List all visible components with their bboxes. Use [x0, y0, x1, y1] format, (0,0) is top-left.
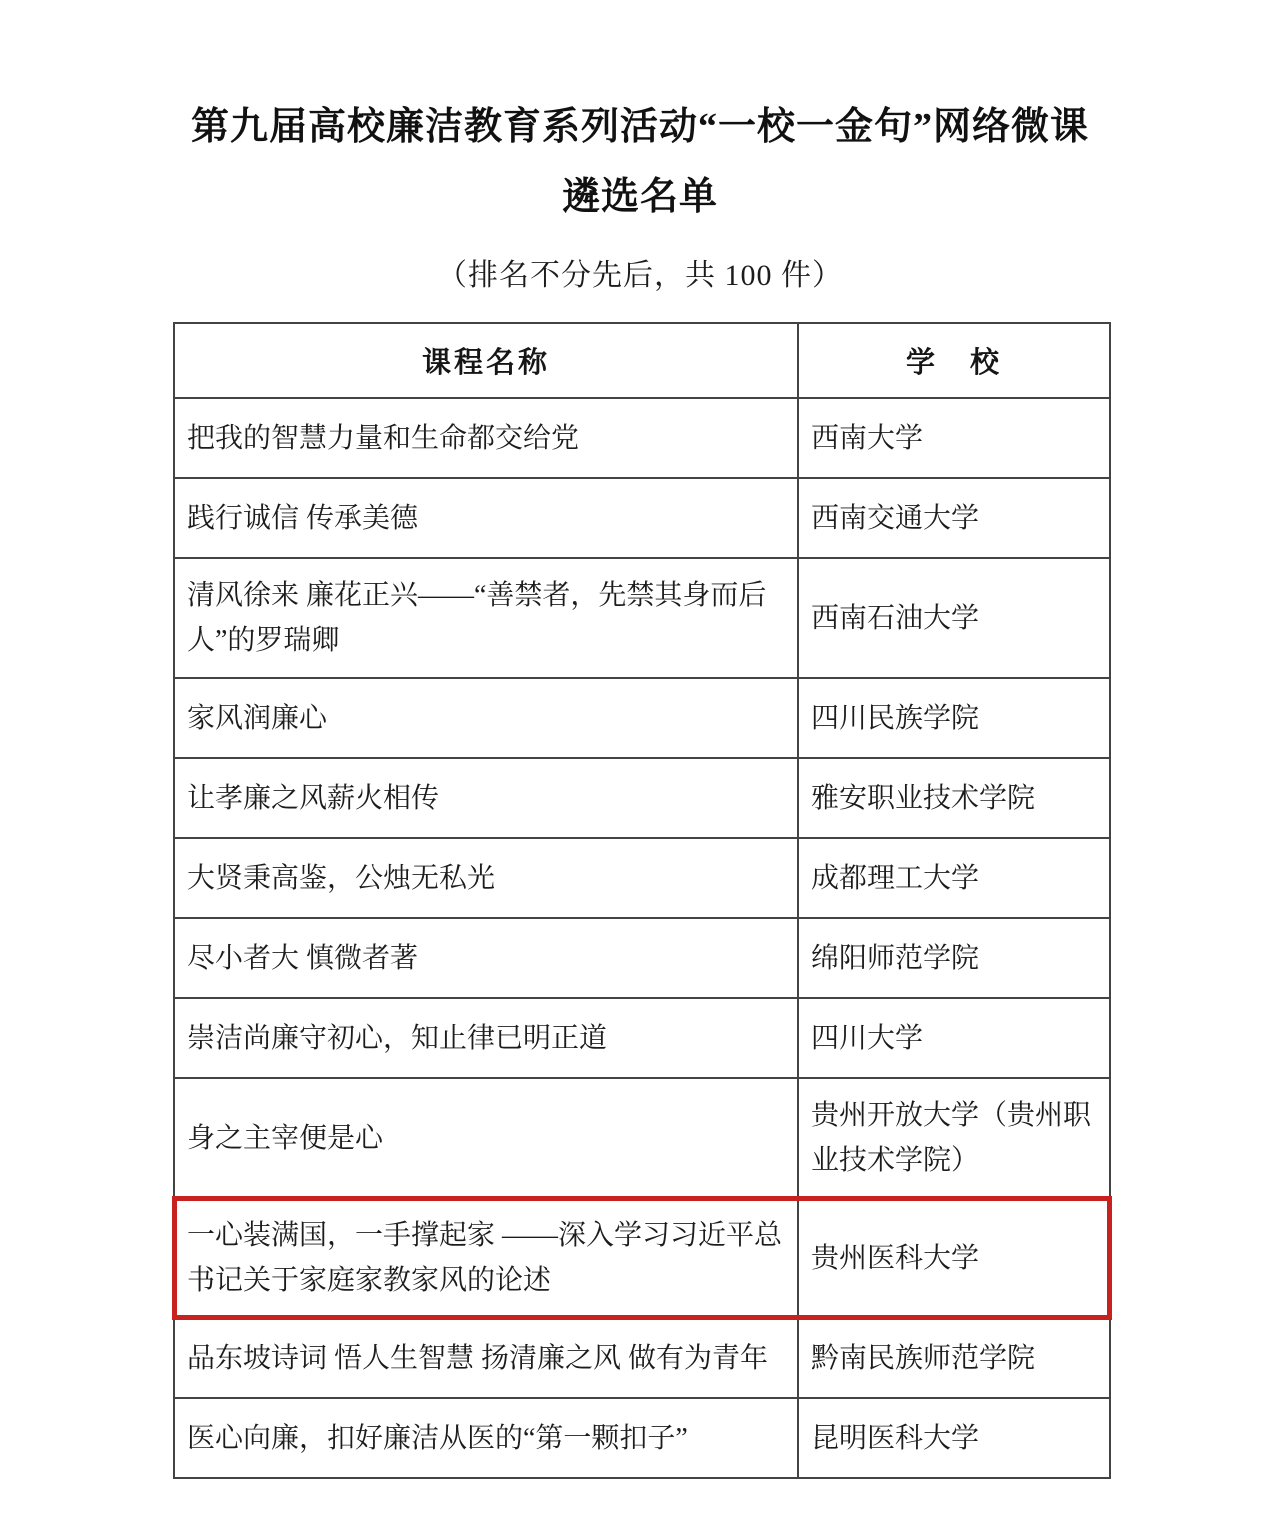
school-cell: 西南交通大学	[798, 478, 1110, 558]
document-subtitle: （排名不分先后，共 100 件）	[0, 258, 1280, 294]
table-row: 让孝廉之风薪火相传 雅安职业技术学院	[174, 758, 1110, 838]
table-row-highlighted: 一心装满国，一手撑起家 ——深入学习习近平总书记关于家庭家教家风的论述 贵州医科…	[174, 1198, 1110, 1318]
school-cell: 四川民族学院	[798, 678, 1110, 758]
course-cell: 身之主宰便是心	[174, 1078, 798, 1198]
title-line-2: 遴选名单	[70, 162, 1210, 232]
school-cell: 贵州医科大学	[798, 1198, 1110, 1318]
school-cell: 贵州开放大学（贵州职业技术学院）	[798, 1078, 1110, 1198]
table-row: 大贤秉高鉴，公烛无私光 成都理工大学	[174, 838, 1110, 918]
table-row: 家风润廉心 四川民族学院	[174, 678, 1110, 758]
course-cell: 品东坡诗词 悟人生智慧 扬清廉之风 做有为青年	[174, 1318, 798, 1398]
school-cell: 昆明医科大学	[798, 1398, 1110, 1478]
course-cell: 尽小者大 慎微者著	[174, 918, 798, 998]
course-cell: 践行诚信 传承美德	[174, 478, 798, 558]
school-cell: 绵阳师范学院	[798, 918, 1110, 998]
title-line-1: 第九届高校廉洁教育系列活动“一校一金句”网络微课	[70, 92, 1210, 162]
course-cell: 清风徐来 廉花正兴——“善禁者，先禁其身而后人”的罗瑞卿	[174, 558, 798, 678]
school-header: 学 校	[798, 323, 1110, 398]
school-cell: 西南大学	[798, 398, 1110, 478]
course-name-header: 课程名称	[174, 323, 798, 398]
table-row: 践行诚信 传承美德 西南交通大学	[174, 478, 1110, 558]
course-cell: 一心装满国，一手撑起家 ——深入学习习近平总书记关于家庭家教家风的论述	[174, 1198, 798, 1318]
table-row: 崇洁尚廉守初心，知止律已明正道 四川大学	[174, 998, 1110, 1078]
table-row: 把我的智慧力量和生命都交给党 西南大学	[174, 398, 1110, 478]
table-row: 清风徐来 廉花正兴——“善禁者，先禁其身而后人”的罗瑞卿 西南石油大学	[174, 558, 1110, 678]
table-row: 尽小者大 慎微者著 绵阳师范学院	[174, 918, 1110, 998]
table-row: 品东坡诗词 悟人生智慧 扬清廉之风 做有为青年 黔南民族师范学院	[174, 1318, 1110, 1398]
school-cell: 雅安职业技术学院	[798, 758, 1110, 838]
course-cell: 大贤秉高鉴，公烛无私光	[174, 838, 798, 918]
table-row: 医心向廉，扣好廉洁从医的“第一颗扣子” 昆明医科大学	[174, 1398, 1110, 1478]
course-cell: 把我的智慧力量和生命都交给党	[174, 398, 798, 478]
table-header-row: 课程名称 学 校	[174, 323, 1110, 398]
school-cell: 西南石油大学	[798, 558, 1110, 678]
course-cell: 让孝廉之风薪火相传	[174, 758, 798, 838]
course-cell: 医心向廉，扣好廉洁从医的“第一颗扣子”	[174, 1398, 798, 1478]
school-cell: 四川大学	[798, 998, 1110, 1078]
course-cell: 崇洁尚廉守初心，知止律已明正道	[174, 998, 798, 1078]
school-cell: 成都理工大学	[798, 838, 1110, 918]
course-cell: 家风润廉心	[174, 678, 798, 758]
document-title: 第九届高校廉洁教育系列活动“一校一金句”网络微课 遴选名单	[70, 92, 1210, 232]
selection-list-table: 课程名称 学 校 把我的智慧力量和生命都交给党 西南大学 践行诚信 传承美德 西…	[173, 322, 1111, 1479]
table-row: 身之主宰便是心 贵州开放大学（贵州职业技术学院）	[174, 1078, 1110, 1198]
school-cell: 黔南民族师范学院	[798, 1318, 1110, 1398]
